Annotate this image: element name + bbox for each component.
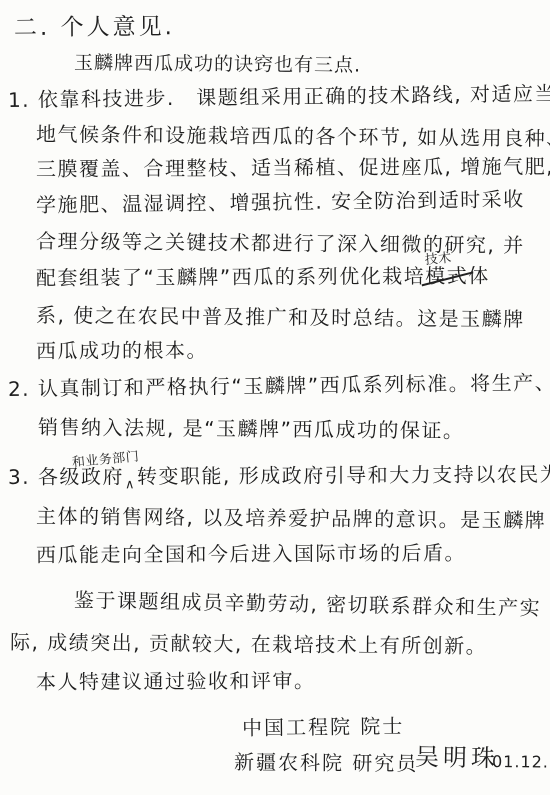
- intro-line: 玉麟牌西瓜成功的诀窍也有三点.: [74, 52, 361, 78]
- closing-line1: 鉴于课题组成员辛勤劳动, 密切联系群众和生产实: [74, 588, 542, 621]
- point3-line2: 主体的销售网络, 以及培养爱护品牌的意识。是玉麟牌: [36, 504, 546, 533]
- point1-line6-before: 配套组装了“玉麟牌”西瓜的系列优化栽培: [36, 264, 425, 290]
- point2-line2: 销售纳入法规, 是“玉麟牌”西瓜成功的保证。: [38, 415, 465, 444]
- signature-affiliation-1: 中国工程院 院士: [242, 714, 405, 741]
- signature-affiliation-2: 新疆农科院 研究员: [234, 750, 419, 777]
- point1-line6-after: 体: [468, 264, 490, 288]
- point2-line1: 2. 认真制订和严格执行“玉麟牌”西瓜系列标准。将生产、: [8, 370, 550, 402]
- point1-line3: 三膜覆盖、合理整枝、适当稀植、促进座瓜, 增施气肥, 科: [36, 154, 550, 182]
- point1-line2: 地气候条件和设施栽培西瓜的各个环节, 如从选用良种、: [36, 122, 550, 152]
- caret-insertion: 和业务部门∧: [124, 464, 137, 489]
- point1-line7: 系, 使之在农民中普及推广和及时总结。这是玉麟牌: [36, 303, 525, 332]
- point1-line1: 1. 依靠科技进步. 课题组采用正确的技术路线, 对适应当: [8, 81, 550, 113]
- section-heading: 二. 个人意见.: [14, 13, 175, 43]
- handwritten-opinion-page: 二. 个人意见. 玉麟牌西瓜成功的诀窍也有三点. 1. 依靠科技进步. 课题组采…: [0, 0, 550, 795]
- point1-line8: 西瓜成功的根本。: [36, 338, 208, 364]
- point1-line6: 配套组装了“玉麟牌”西瓜的系列优化栽培技术模式体: [36, 264, 490, 291]
- struck-text: 模式: [425, 264, 468, 289]
- caret-mark: ∧: [125, 477, 136, 493]
- closing-line2: 际, 成绩突出, 贡献较大, 在栽培技术上有所创新。: [10, 630, 487, 659]
- signature-date: 01.12.17.: [492, 752, 550, 773]
- point3-line3: 西瓜能走向全国和今后进入国际市场的后盾。: [36, 541, 466, 568]
- closing-line3: 本人特建议通过验收和评审。: [36, 669, 316, 695]
- handwritten-correction: 技术模式: [425, 264, 468, 289]
- point3-line1: 3. 各级政府和业务部门∧转变职能, 形成政府引导和大力支持以农民为: [8, 462, 550, 490]
- point1-line4: 学施肥、温湿调控、增强抗性. 安全防治到适时采收: [36, 187, 525, 218]
- point3-line1-after: 转变职能, 形成政府引导和大力支持以农民为: [137, 462, 550, 488]
- signature-name: 吴明珠: [415, 742, 500, 773]
- inserted-text: 和业务部门: [71, 450, 140, 472]
